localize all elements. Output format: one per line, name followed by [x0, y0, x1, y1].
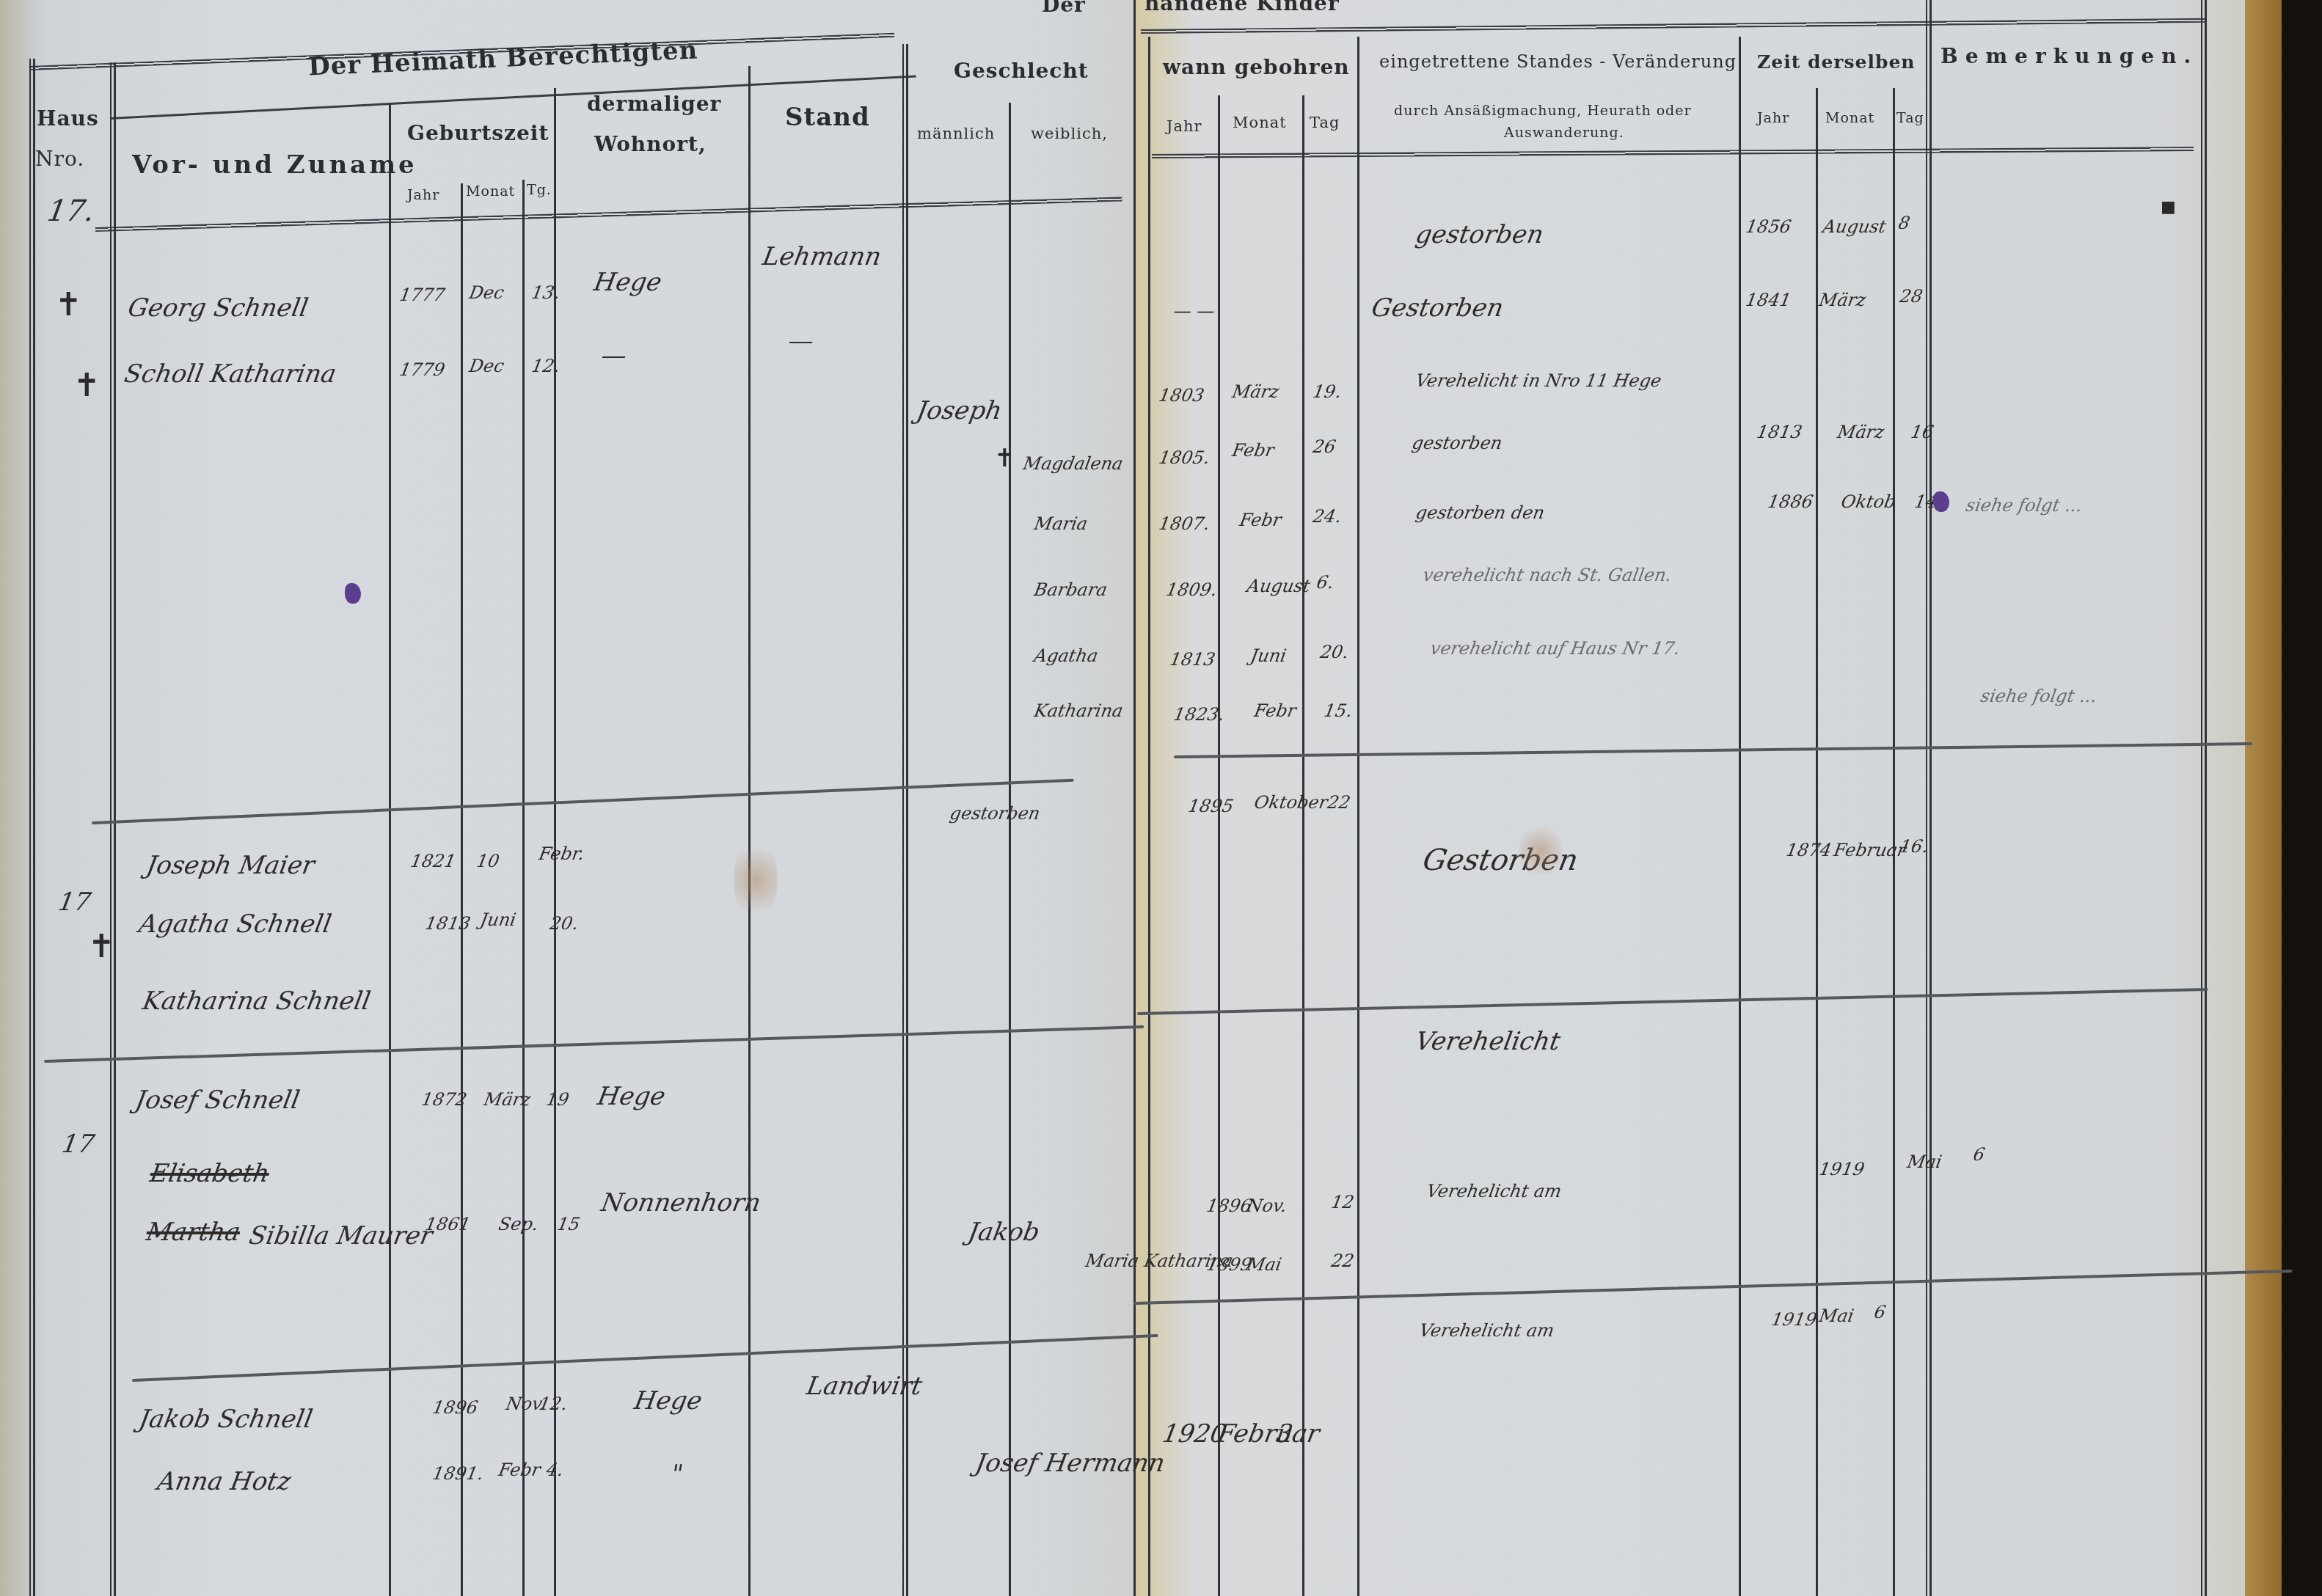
ink-speck: ■: [2161, 198, 2176, 216]
sex-column-note: gestorben: [949, 803, 1042, 824]
remark: siehe folgt ...: [1965, 495, 2084, 516]
header-weiblich: weiblich,: [1031, 125, 1108, 142]
header-zeit-jahr: Jahr: [1757, 110, 1789, 126]
header-veraenderung-sub2: Auswanderung.: [1504, 125, 1624, 141]
header-wann-gebohren: wann gebohren: [1163, 55, 1350, 79]
person-name: Agatha Schnell: [136, 909, 333, 939]
col-rule: [1357, 37, 1359, 1596]
child-birth-month: August: [1246, 576, 1312, 596]
register-book: Der Heimath Berechtigten Der handene Kin…: [0, 0, 2322, 1596]
header-wg-tag: Tag: [1310, 114, 1340, 131]
child-birth-month: Mai: [1246, 1254, 1283, 1275]
change-month: August: [1822, 216, 1888, 237]
child-name-female: Agatha: [1033, 645, 1100, 666]
child-birth-day: 19.: [1312, 381, 1343, 402]
residence: Hege: [632, 1386, 704, 1416]
birth-day: 12.: [530, 356, 562, 376]
birth-year: 1777: [398, 285, 447, 305]
header-bemerkungen: Bemerkungen.: [1941, 44, 2198, 68]
header-wg-jahr: Jahr: [1167, 117, 1202, 135]
change-year: 1919: [1818, 1159, 1866, 1179]
col-rule: [748, 66, 751, 1596]
header-geburtszeit: Geburtszeit: [407, 121, 549, 145]
header-geb-tag: Tg.: [527, 182, 552, 198]
child-name-female: Katharina: [1033, 700, 1125, 721]
birth-day: 12.: [538, 1394, 569, 1414]
birth-year: 1813: [424, 913, 472, 934]
purple-ink-blot: [345, 583, 361, 604]
status-change: gestorben: [1413, 220, 1546, 249]
person-name: Josef Schnell: [133, 1086, 302, 1115]
status-change: Verehelicht: [1413, 1027, 1562, 1056]
col-rule: [110, 62, 116, 1596]
struck-name: Elisabeth: [147, 1159, 271, 1188]
birth-month: Dec: [468, 356, 506, 376]
remark: siehe folgt ...: [1979, 686, 2099, 706]
birth-year: 1821: [409, 851, 458, 871]
change-month: Mai: [1818, 1306, 1855, 1326]
child-birth-day: 24.: [1312, 506, 1343, 527]
struck-name: Martha: [144, 1218, 242, 1247]
stand: —: [786, 326, 816, 356]
col-rule: [902, 44, 908, 1596]
col-rule: [1133, 0, 1136, 1596]
header-zeit-monat: Monat: [1825, 110, 1874, 126]
child-name-female: Maria: [1033, 513, 1089, 534]
header-zeit-derselben: Zeit derselben: [1757, 51, 1916, 73]
stand: Lehmann: [760, 242, 883, 271]
child-birth-year: 1807.: [1158, 513, 1212, 534]
col-rule: [1148, 37, 1150, 1596]
col-rule: [389, 103, 391, 1596]
change-month: Oktob: [1840, 491, 1898, 512]
birth-year: 1872: [420, 1089, 469, 1110]
child-birth-day: 15.: [1323, 700, 1354, 721]
col-rule: [1302, 95, 1304, 1596]
status-change: verehelicht nach St. Gallen.: [1422, 565, 1673, 585]
birth-month: März: [483, 1089, 533, 1110]
col-rule: [29, 59, 35, 1596]
person-name: Jakob Schnell: [136, 1405, 315, 1434]
header-wohnort: Wohnort,: [594, 132, 707, 156]
person-name: Georg Schnell: [125, 293, 310, 323]
header-veraenderung: eingetrettene Standes - Veränderung: [1379, 51, 1737, 72]
left-page: [0, 0, 1159, 1596]
child-birth-day: 22: [1330, 1251, 1356, 1271]
person-name: Scholl Katharina: [122, 359, 338, 389]
child-birth-day: 22: [1326, 792, 1352, 813]
death-cross-icon: ✝: [994, 444, 1015, 473]
birth-day: 15: [556, 1214, 582, 1234]
person-name: Katharina Schnell: [140, 986, 373, 1016]
death-cross-icon: ✝: [88, 928, 115, 965]
birth-month: Juni: [479, 909, 518, 930]
header-dermaliger: dermaliger: [587, 92, 721, 116]
child-birth-year: 1809.: [1165, 579, 1219, 600]
header-wg-monat: Monat: [1233, 114, 1287, 131]
birth-year: 1896: [431, 1397, 480, 1418]
residence: Hege: [591, 268, 664, 297]
change-day: 16: [1910, 422, 1935, 442]
birth-day: 20.: [549, 913, 580, 934]
child-birth-month: Oktober: [1253, 792, 1329, 813]
header-haus: Haus: [37, 106, 99, 131]
house-number-entry: 17: [56, 887, 92, 917]
status-change: Verehelicht am: [1425, 1181, 1563, 1201]
child-birth-month: Juni: [1249, 645, 1288, 666]
residence: Nonnenhorn: [599, 1188, 763, 1218]
header-partial-der: Der: [1042, 0, 1086, 17]
house-number: 17.: [45, 194, 98, 228]
child-birth-year: 1813: [1169, 649, 1217, 670]
change-year: 1919: [1770, 1309, 1819, 1330]
header-stand: Stand: [785, 103, 870, 132]
child-birth-month: Febr: [1238, 510, 1283, 530]
change-year: 1813: [1756, 422, 1804, 442]
change-year: 1886: [1767, 491, 1815, 512]
child-name-female: Barbara: [1033, 579, 1109, 600]
child-name-male: Josef Hermann: [973, 1449, 1167, 1478]
birth-month: Febr: [497, 1460, 542, 1480]
header-name: Vor- und Zuname: [132, 150, 417, 180]
change-year: 1856: [1745, 216, 1793, 237]
child-birth-year: 1895: [1187, 796, 1235, 816]
header-zeit-tag: Tag: [1896, 110, 1924, 126]
person-name: Joseph Maier: [144, 851, 317, 880]
col-rule: [1218, 95, 1220, 1596]
child-birth-year: 1803: [1158, 385, 1206, 406]
birth-day: 19: [545, 1089, 571, 1110]
col-rule: [461, 183, 463, 1596]
purple-ink-blot: [1933, 491, 1949, 512]
child-birth-month: Febr: [1231, 440, 1276, 461]
col-rule: [2201, 0, 2207, 1596]
change-year: 1874: [1785, 840, 1833, 860]
person-name: Anna Hotz: [155, 1467, 293, 1496]
status-change: Verehelicht am: [1418, 1320, 1556, 1341]
birth-year: 1861: [424, 1214, 472, 1234]
change-day: 16.: [1899, 836, 1930, 857]
birth-day: 13.: [530, 282, 562, 303]
col-rule: [1926, 0, 1932, 1596]
child-birth-month: Nov.: [1246, 1196, 1289, 1216]
death-cross-icon: ✝: [73, 367, 101, 404]
stand: Landwirt: [804, 1372, 924, 1401]
residence: —: [599, 341, 629, 370]
header-veraenderung-sub1: durch Ansäßigmachung, Heurath oder: [1394, 103, 1692, 119]
change-month: Mai: [1906, 1152, 1943, 1172]
status-change: gestorben: [1411, 433, 1504, 453]
change-month: März: [1836, 422, 1886, 442]
change-month: Februar: [1833, 840, 1908, 860]
col-rule: [1009, 103, 1011, 1596]
header-geb-monat: Monat: [466, 183, 515, 199]
residence: Hege: [595, 1082, 668, 1111]
change-year: 1841: [1745, 290, 1793, 310]
child-birth-month: Febr: [1253, 700, 1298, 721]
header-nro: Nro.: [35, 147, 84, 171]
child-birth-day: 26: [1312, 436, 1337, 457]
change-month: März: [1818, 290, 1868, 310]
death-cross-icon: ✝: [55, 286, 82, 323]
header-maennlich: männlich: [917, 125, 995, 142]
child-birth-year: 1823.: [1172, 704, 1227, 725]
change-day: 28: [1899, 286, 1924, 307]
col-rule: [554, 88, 556, 1596]
status-change: verehelicht auf Haus Nr 17.: [1429, 638, 1682, 659]
header-geb-jahr: Jahr: [407, 187, 439, 203]
header-partial-kinder: handene Kinder: [1144, 0, 1340, 15]
background-edge: [2282, 0, 2322, 1596]
dash-placeholder: — —: [1172, 301, 1217, 321]
birth-day: Febr.: [538, 843, 586, 864]
col-rule: [522, 180, 525, 1596]
status-change: Verehelicht in Nro 11 Hege: [1414, 370, 1663, 391]
status-change: Gestorben: [1369, 293, 1505, 323]
child-birth-month: März: [1231, 381, 1281, 402]
child-birth-year: 1805.: [1158, 447, 1212, 468]
header-geschlecht: Geschlecht: [954, 59, 1089, 83]
birth-month: 10: [475, 851, 501, 871]
child-name-male: Joseph: [914, 396, 1004, 425]
birth-month: Sep.: [497, 1214, 541, 1234]
house-number-entry: 17: [59, 1130, 96, 1159]
child-name-male: Jakob: [965, 1218, 1042, 1247]
birth-day: 4.: [545, 1460, 566, 1480]
birth-year: 1891.: [431, 1463, 486, 1484]
water-stain: [1519, 821, 1563, 880]
child-birth-day: 12: [1330, 1192, 1356, 1212]
status-change: gestorben den: [1414, 502, 1547, 523]
child-birth-day: 20.: [1319, 642, 1351, 662]
child-birth-month: Februar: [1215, 1419, 1321, 1449]
water-stain: [734, 836, 778, 924]
col-rule: [1739, 37, 1741, 1596]
birth-year: 1779: [398, 359, 447, 380]
child-name-female: Magdalena: [1022, 453, 1125, 474]
birth-month: Dec: [468, 282, 506, 303]
person-name: Sibilla Maurer: [247, 1221, 434, 1251]
